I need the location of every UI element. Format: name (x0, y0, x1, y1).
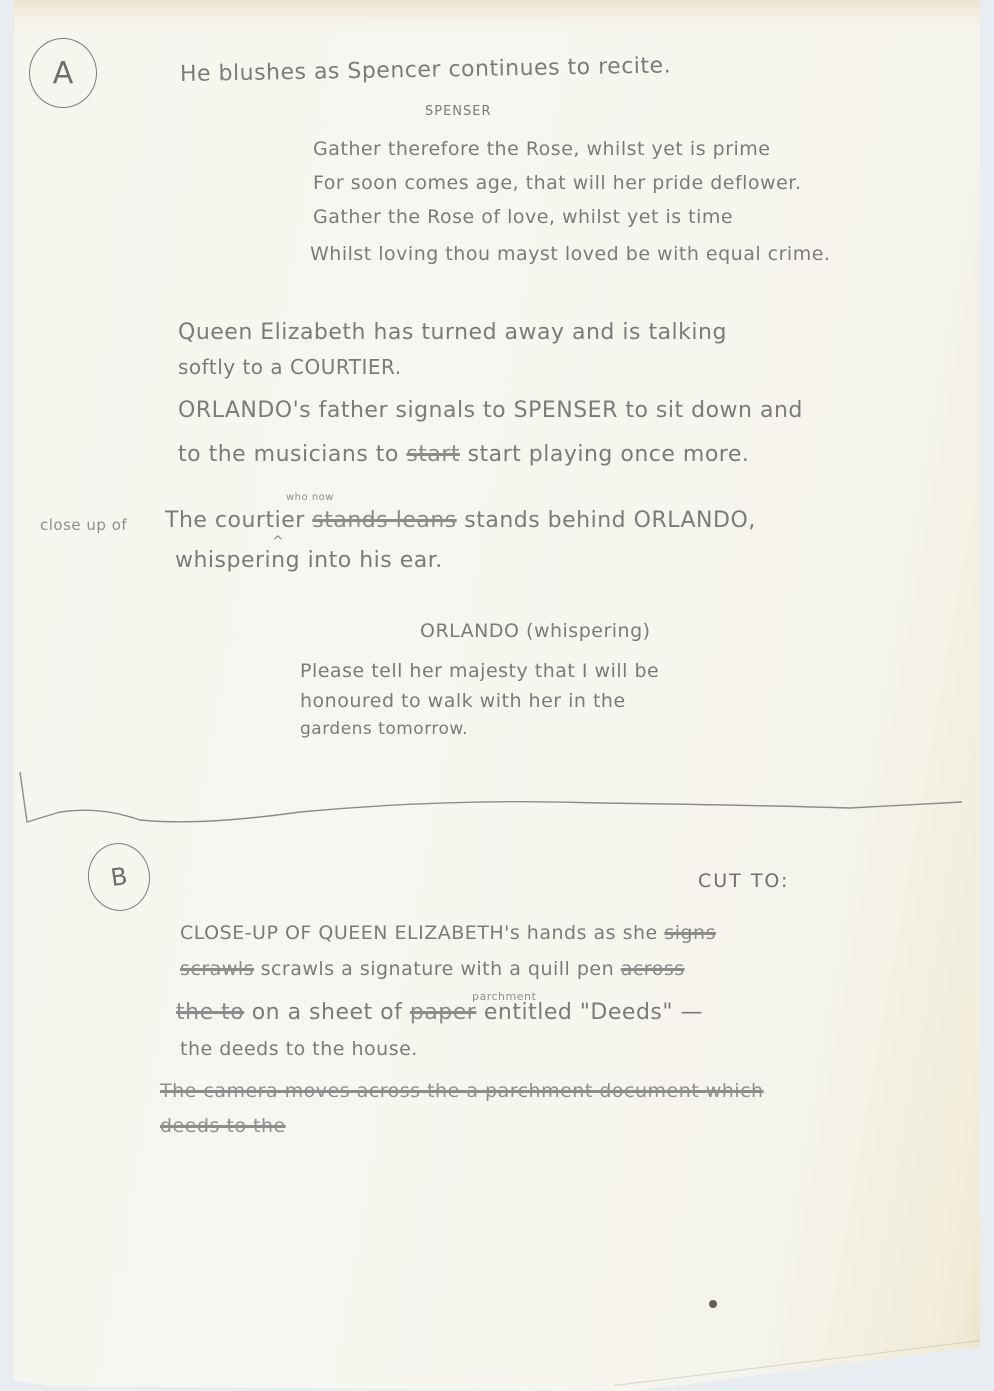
struck-word: across (621, 958, 685, 980)
stage-direction-sheet: the to on a sheet of paper entitled "Dee… (176, 1000, 703, 1025)
text-span: scrawls a signature with a quill pen (261, 958, 615, 980)
text-span: entitled "Deeds" — (484, 1000, 703, 1025)
struck-word: the to (176, 1000, 244, 1025)
section-divider (0, 0, 994, 1391)
text-span: CLOSE-UP OF QUEEN ELIZABETH's hands as s… (180, 922, 658, 944)
text-span: on a sheet of (252, 1000, 403, 1025)
paper-spot (709, 1300, 717, 1308)
section-marker-b-label: B (109, 862, 129, 892)
struck-word: scrawls (180, 958, 254, 980)
stage-direction-deeds: the deeds to the house. (180, 1038, 418, 1060)
struck-paragraph-line: The camera moves across the a parchment … (160, 1080, 764, 1102)
struck-paragraph-line: deeds to the (160, 1115, 286, 1137)
transition-cut-to: CUT TO: (698, 870, 789, 892)
stage-direction-closeup: CLOSE-UP OF QUEEN ELIZABETH's hands as s… (180, 922, 716, 944)
struck-word: paper (410, 1000, 477, 1025)
stage-direction-scrawls: scrawls scrawls a signature with a quill… (180, 958, 685, 980)
struck-word: signs (664, 922, 716, 944)
